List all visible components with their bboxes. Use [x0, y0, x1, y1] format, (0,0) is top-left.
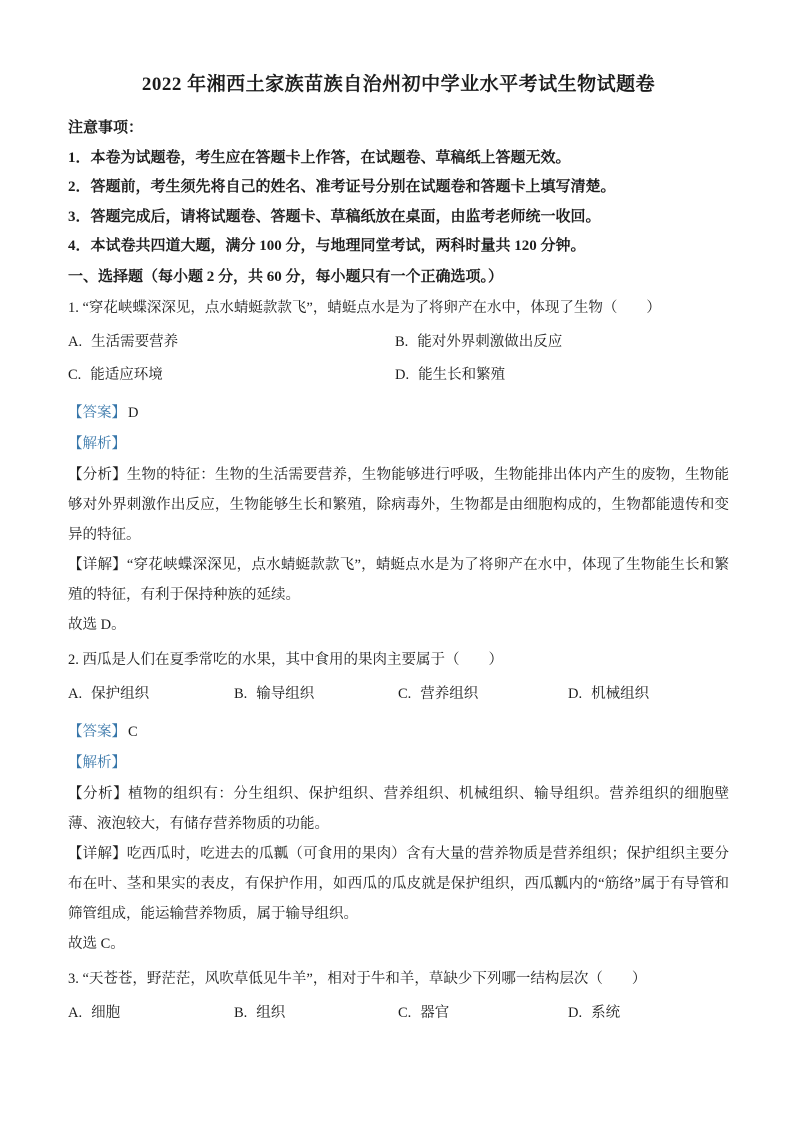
question-3-option-c: C.器官: [398, 998, 568, 1028]
document-title: 2022 年湘西土家族苗族自治州初中学业水平考试生物试题卷: [68, 71, 729, 98]
question-2-stem: 2. 西瓜是人们在夏季常吃的水果，其中食用的果肉主要属于（ ）: [68, 644, 729, 677]
section-heading-choice-questions: 一、选择题（每小题 2 分，共 60 分，每小题只有一个正确选项。）: [68, 262, 729, 292]
jiexi-tag: 【解析】: [68, 436, 126, 452]
option-text: 机械组织: [591, 686, 649, 702]
option-letter: D.: [395, 367, 409, 383]
question-3-stem: 3. “天苍苍，野茫茫，风吹草低见牛羊”，相对于牛和羊，草缺少下列哪一结构层次（…: [68, 963, 729, 996]
question-2-conclusion: 故选 C。: [68, 929, 729, 959]
answer-value: D: [128, 405, 138, 421]
question-1-option-b: B.能对外界刺激做出反应: [395, 327, 729, 357]
answer-tag: 【答案】: [68, 724, 126, 740]
question-2-option-c: C.营养组织: [398, 679, 568, 709]
option-text: 保护组织: [91, 686, 149, 702]
notice-item-2: 2．答题前，考生须先将自己的姓名、准考证号分别在试题卷和答题卡上填写清楚。: [68, 173, 729, 203]
option-text: 生活需要营养: [91, 334, 178, 350]
option-text: 能生长和繁殖: [418, 367, 505, 383]
option-letter: B.: [234, 686, 247, 702]
question-2-answer-line: 【答案】C: [68, 717, 729, 748]
xiangjie-tag: 【详解】: [68, 557, 127, 573]
notice-item-3: 3．答题完成后，请将试题卷、答题卡、草稿纸放在桌面，由监考老师统一收回。: [68, 203, 729, 233]
option-text: 系统: [591, 1005, 620, 1021]
question-1-detail-paragraph: 【详解】“穿花峡蝶深深见，点水蜻蜓款款飞”，蜻蜓点水是为了将卵产在水中，体现了生…: [68, 550, 729, 610]
fenxi-tag: 【分析】: [68, 467, 127, 483]
question-2-option-d: D.机械组织: [568, 679, 729, 709]
question-block-3: 3. “天苍苍，野茫茫，风吹草低见牛羊”，相对于牛和羊，草缺少下列哪一结构层次（…: [68, 963, 729, 1028]
notice-item-4: 4．本试卷共四道大题，满分 100 分，与地理同堂考试，两科时量共 120 分钟…: [68, 232, 729, 262]
question-1-jiexi-line: 【解析】: [68, 429, 729, 460]
question-1-option-c: C.能适应环境: [68, 360, 395, 390]
notice-item-1: 1．本卷为试题卷，考生应在答题卡上作答，在试题卷、草稿纸上答题无效。: [68, 144, 729, 174]
analysis-text: 生物的特征：生物的生活需要营养，生物能够进行呼吸，生物能排出体内产生的废物，生物…: [68, 467, 729, 543]
option-letter: C.: [398, 1005, 411, 1021]
option-letter: C.: [398, 686, 411, 702]
option-letter: A.: [68, 1005, 82, 1021]
exam-document-page: 2022 年湘西土家族苗族自治州初中学业水平考试生物试题卷 注意事项： 1．本卷…: [0, 0, 793, 1122]
option-text: 能适应环境: [90, 367, 163, 383]
question-3-option-a: A.细胞: [68, 998, 234, 1028]
option-letter: B.: [395, 334, 408, 350]
question-1-conclusion: 故选 D。: [68, 610, 729, 640]
option-letter: C.: [68, 367, 81, 383]
question-2-analysis-paragraph: 【分析】植物的组织有：分生组织、保护组织、营养组织、机械组织、输导组织。营养组织…: [68, 779, 729, 839]
question-1-options: A.生活需要营养 B.能对外界刺激做出反应 C.能适应环境 D.能生长和繁殖: [68, 327, 729, 390]
answer-value: C: [128, 724, 138, 740]
option-text: 输导组织: [256, 686, 314, 702]
question-2-detail-paragraph: 【详解】吃西瓜时，吃进去的瓜瓤（可食用的果肉）含有大量的营养物质是营养组织；保护…: [68, 839, 729, 929]
option-letter: B.: [234, 1005, 247, 1021]
question-block-2: 2. 西瓜是人们在夏季常吃的水果，其中食用的果肉主要属于（ ） A.保护组织 B…: [68, 644, 729, 959]
question-3-option-b: B.组织: [234, 998, 398, 1028]
answer-tag: 【答案】: [68, 405, 126, 421]
option-letter: D.: [568, 1005, 582, 1021]
question-1-answer-line: 【答案】D: [68, 398, 729, 429]
question-1-option-a: A.生活需要营养: [68, 327, 395, 357]
analysis-text: 植物的组织有：分生组织、保护组织、营养组织、机械组织、输导组织。营养组织的细胞壁…: [68, 786, 729, 832]
question-2-options: A.保护组织 B.输导组织 C.营养组织 D.机械组织: [68, 679, 729, 709]
question-block-1: 1. “穿花峡蝶深深见，点水蜻蜓款款飞”，蜻蜓点水是为了将卵产在水中，体现了生物…: [68, 292, 729, 640]
question-1-option-d: D.能生长和繁殖: [395, 360, 729, 390]
question-1-analysis-paragraph: 【分析】生物的特征：生物的生活需要营养，生物能够进行呼吸，生物能排出体内产生的废…: [68, 460, 729, 550]
document-content: 2022 年湘西土家族苗族自治州初中学业水平考试生物试题卷 注意事项： 1．本卷…: [0, 0, 793, 1028]
detail-text: “穿花峡蝶深深见，点水蜻蜓款款飞”，蜻蜓点水是为了将卵产在水中，体现了生物能生长…: [68, 557, 729, 603]
option-letter: D.: [568, 686, 582, 702]
option-text: 营养组织: [420, 686, 478, 702]
xiangjie-tag: 【详解】: [68, 846, 127, 862]
option-text: 组织: [256, 1005, 285, 1021]
option-letter: A.: [68, 334, 82, 350]
notice-heading: 注意事项：: [68, 114, 729, 144]
fenxi-tag: 【分析】: [68, 786, 128, 802]
detail-text: 吃西瓜时，吃进去的瓜瓤（可食用的果肉）含有大量的营养物质是营养组织；保护组织主要…: [68, 846, 729, 922]
option-text: 细胞: [91, 1005, 120, 1021]
question-2-option-b: B.输导组织: [234, 679, 398, 709]
question-3-option-d: D.系统: [568, 998, 729, 1028]
question-3-options: A.细胞 B.组织 C.器官 D.系统: [68, 998, 729, 1028]
jiexi-tag: 【解析】: [68, 755, 126, 771]
option-letter: A.: [68, 686, 82, 702]
option-text: 能对外界刺激做出反应: [417, 334, 562, 350]
question-1-stem: 1. “穿花峡蝶深深见，点水蜻蜓款款飞”，蜻蜓点水是为了将卵产在水中，体现了生物…: [68, 292, 729, 325]
question-2-option-a: A.保护组织: [68, 679, 234, 709]
question-2-jiexi-line: 【解析】: [68, 748, 729, 779]
option-text: 器官: [420, 1005, 449, 1021]
